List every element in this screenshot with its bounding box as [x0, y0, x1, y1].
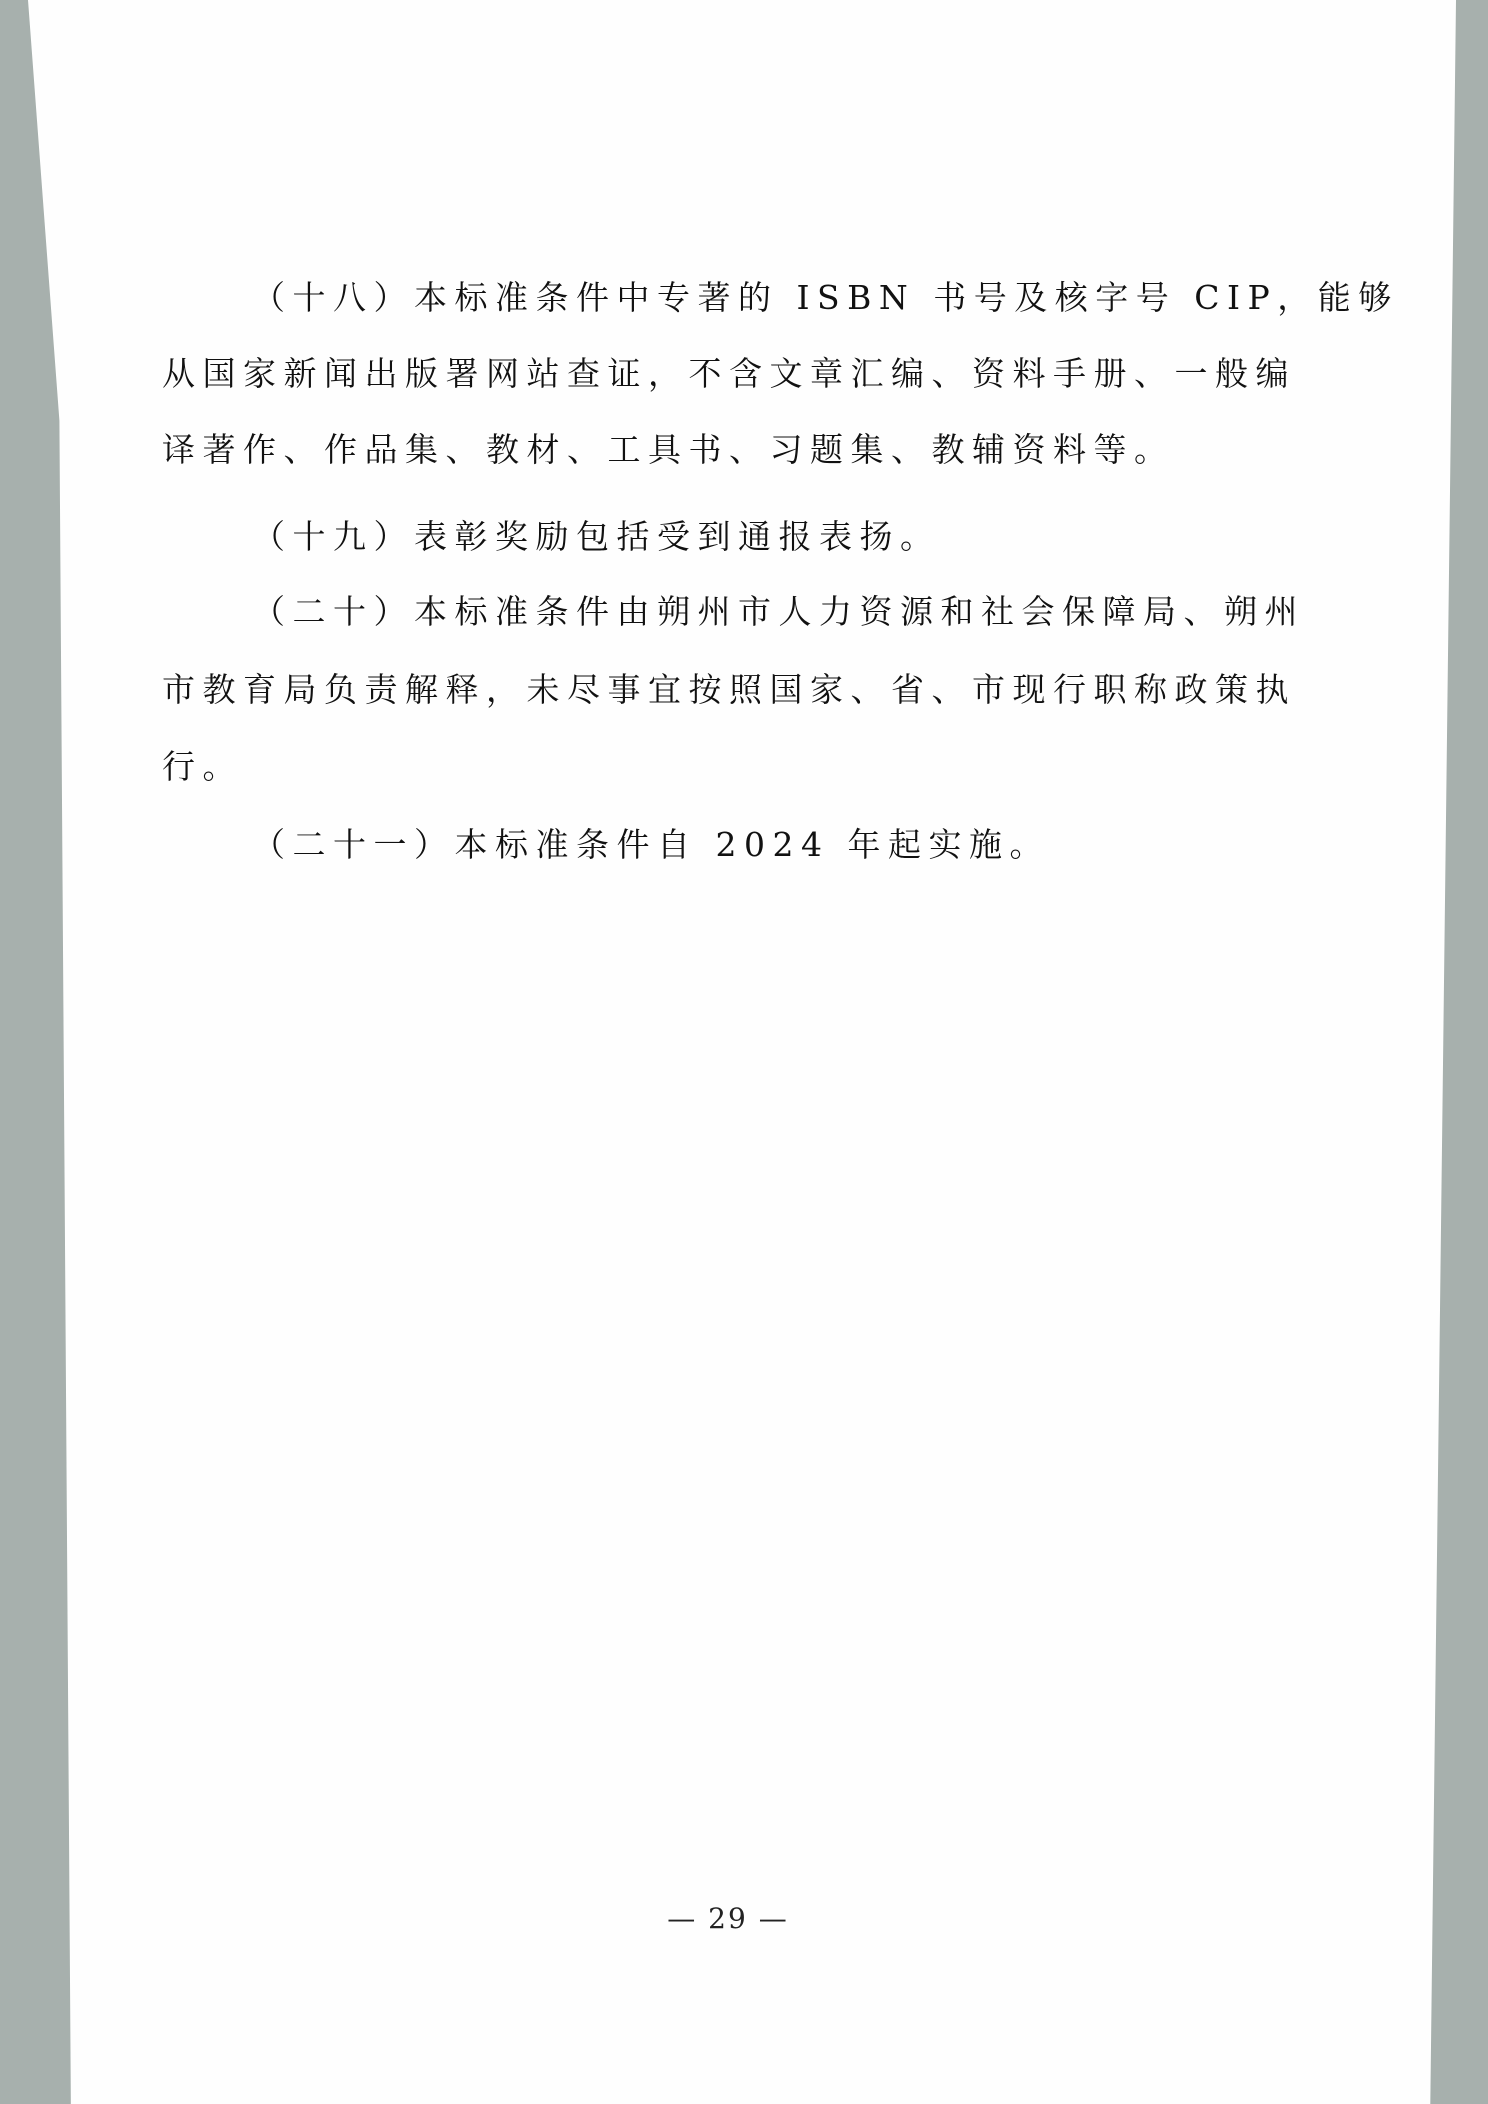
- text-line: 市教育局负责解释，未尽事宜按照国家、省、市现行职称政策执: [162, 668, 1296, 712]
- text-line: （二十一）本标准条件自 2024 年起实施。: [252, 823, 1050, 867]
- text-line: 从国家新闻出版署网站查证，不含文章汇编、资料手册、一般编: [162, 352, 1296, 396]
- text-line: （二十）本标准条件由朔州市人力资源和社会保障局、朔州: [252, 590, 1305, 634]
- page-number: — 29 —: [0, 1902, 1456, 1935]
- text-line: 译著作、作品集、教材、工具书、习题集、教辅资料等。: [162, 428, 1175, 472]
- text-line: 行。: [162, 745, 243, 789]
- text-line: （十九）表彰奖励包括受到通报表扬。: [252, 515, 941, 559]
- text-line: （十八）本标准条件中专著的 ISBN 书号及核字号 CIP，能够: [252, 276, 1399, 320]
